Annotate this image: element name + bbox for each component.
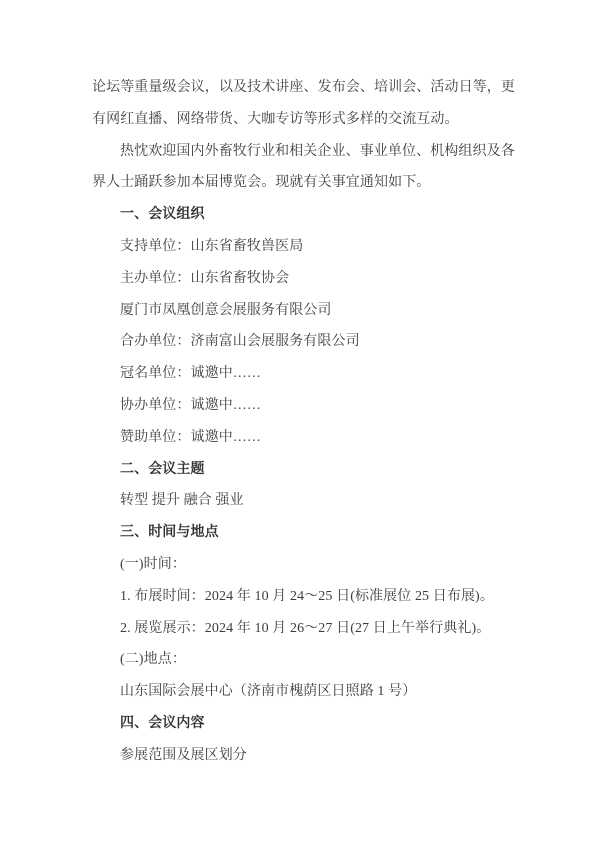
doc-line: (二)地点： (92, 644, 532, 676)
doc-line: 厦门市凤凰创意会展服务有限公司 (92, 295, 532, 327)
doc-line: (一)时间： (92, 549, 532, 581)
doc-line: 合办单位：济南富山会展服务有限公司 (92, 326, 532, 358)
doc-line: 山东国际会展中心（济南市槐荫区日照路 1 号） (92, 676, 532, 708)
document-text: 论坛等重量级会议，以及技术讲座、发布会、培训会、活动日等，更有网红直播、网络带货… (92, 72, 532, 772)
section-heading: 三、时间与地点 (92, 517, 532, 549)
doc-line: 参展范围及展区划分 (92, 740, 532, 772)
doc-line: 有网红直播、网络带货、大咖专访等形式多样的交流互动。 (92, 104, 532, 136)
doc-line: 赞助单位：诚邀中…… (92, 422, 532, 454)
doc-line: 主办单位：山东省畜牧协会 (92, 263, 532, 295)
doc-line: 冠名单位：诚邀中…… (92, 358, 532, 390)
doc-line: 1. 布展时间：2024 年 10 月 24～25 日(标准展位 25 日布展)… (92, 581, 532, 613)
doc-line: 转型 提升 融合 强业 (92, 485, 532, 517)
doc-line: 界人士踊跃参加本届博览会。现就有关事宜通知如下。 (92, 167, 532, 199)
section-heading: 四、会议内容 (92, 708, 532, 740)
doc-line: 热忱欢迎国内外畜牧行业和相关企业、事业单位、机构组织及各 (92, 136, 532, 168)
doc-line: 协办单位：诚邀中…… (92, 390, 532, 422)
document-page: 论坛等重量级会议，以及技术讲座、发布会、培训会、活动日等，更有网红直播、网络带货… (0, 0, 600, 848)
doc-line: 支持单位：山东省畜牧兽医局 (92, 231, 532, 263)
doc-line: 2. 展览展示：2024 年 10 月 26～27 日(27 日上午举行典礼)。 (92, 613, 532, 645)
doc-line: 论坛等重量级会议，以及技术讲座、发布会、培训会、活动日等，更 (92, 72, 532, 104)
section-heading: 一、会议组织 (92, 199, 532, 231)
section-heading: 二、会议主题 (92, 454, 532, 486)
